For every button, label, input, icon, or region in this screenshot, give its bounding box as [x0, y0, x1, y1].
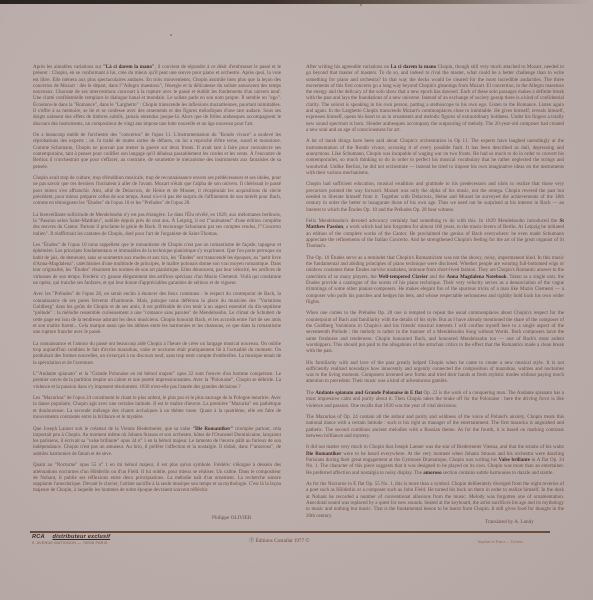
author-signature: Philippe OLIVIER	[212, 515, 251, 521]
paragraph: As for the Nocturne in E flat Op. 55 No.…	[306, 481, 564, 519]
distributor-address: 9, AVENUE MATIGNON — 75008 PARIS	[32, 541, 110, 545]
liner-notes-french: Après les aimables variations sur "Là ci…	[33, 64, 281, 499]
paragraph: After writing his agreeable variations o…	[306, 64, 564, 133]
rca-logo: RCA	[32, 534, 45, 540]
paper-speck	[360, 4, 362, 6]
translator-credit: Translated by A. Landy	[485, 519, 534, 525]
paragraph: Felix Mendelssohn's devoted advocacy cer…	[306, 218, 564, 249]
paragraph: Quant au "Nocturne" opus 55 n° 1 en mi b…	[33, 462, 281, 493]
paragraph: The Op. 10 Études serve as a reminder th…	[306, 255, 564, 305]
paper-speck	[170, 34, 172, 36]
copyright-notice: Ⓟ Éditions Costallat 1977 ©	[249, 537, 309, 544]
paragraph: A lot of harsh things have been said abo…	[306, 138, 564, 176]
distributor-line: RCA distributeur exclusif	[32, 534, 110, 540]
paragraph: The Andante spianato and Grande Polonais…	[306, 390, 564, 409]
paragraph: The Mazurkas of Op. 24 contain all the a…	[306, 414, 564, 439]
liner-notes-english: After writing his agreeable variations o…	[306, 64, 564, 524]
paragraph: His familiarity with and love of the pas…	[306, 360, 564, 385]
paragraph: Chopin had sufficient education, musical…	[306, 181, 564, 212]
footer-divider	[30, 531, 550, 533]
paragraph: La connaissance et l'amour du passé ont …	[33, 341, 281, 366]
paragraph: It did not matter very much to Chopin th…	[306, 444, 564, 475]
paragraph: Chopin avait trop de culture, trop d'éru…	[33, 175, 281, 206]
paragraph: Que Joseph Lanner soit le créateur de la…	[33, 426, 281, 457]
paragraph: Avec les "Préludes" de l'opus 28, on ser…	[33, 291, 281, 335]
distributor-block: RCA distributeur exclusif 9, AVENUE MATI…	[32, 534, 110, 545]
paragraph: Les "Mazurkas" de l'opus 24 constituent …	[33, 395, 281, 420]
paragraph: Après les aimables variations sur "Là ci…	[33, 64, 281, 127]
paragraph: Les "Études" de l'opus 10 nous rappellen…	[33, 242, 281, 286]
paragraph: When one comes to the Préludes Op. 28 on…	[306, 310, 564, 354]
paragraph: L'"Andante spianato" et la "Grande Polon…	[33, 371, 281, 390]
printer-notice: Imprimé en France — Pochette	[478, 540, 523, 544]
paragraph: On a beaucoup médit de l'orchestre des "…	[33, 132, 281, 170]
distributor-label: distributeur exclusif	[53, 534, 111, 540]
paragraph: La bienveillante sollicitude de Mendelss…	[33, 212, 281, 237]
